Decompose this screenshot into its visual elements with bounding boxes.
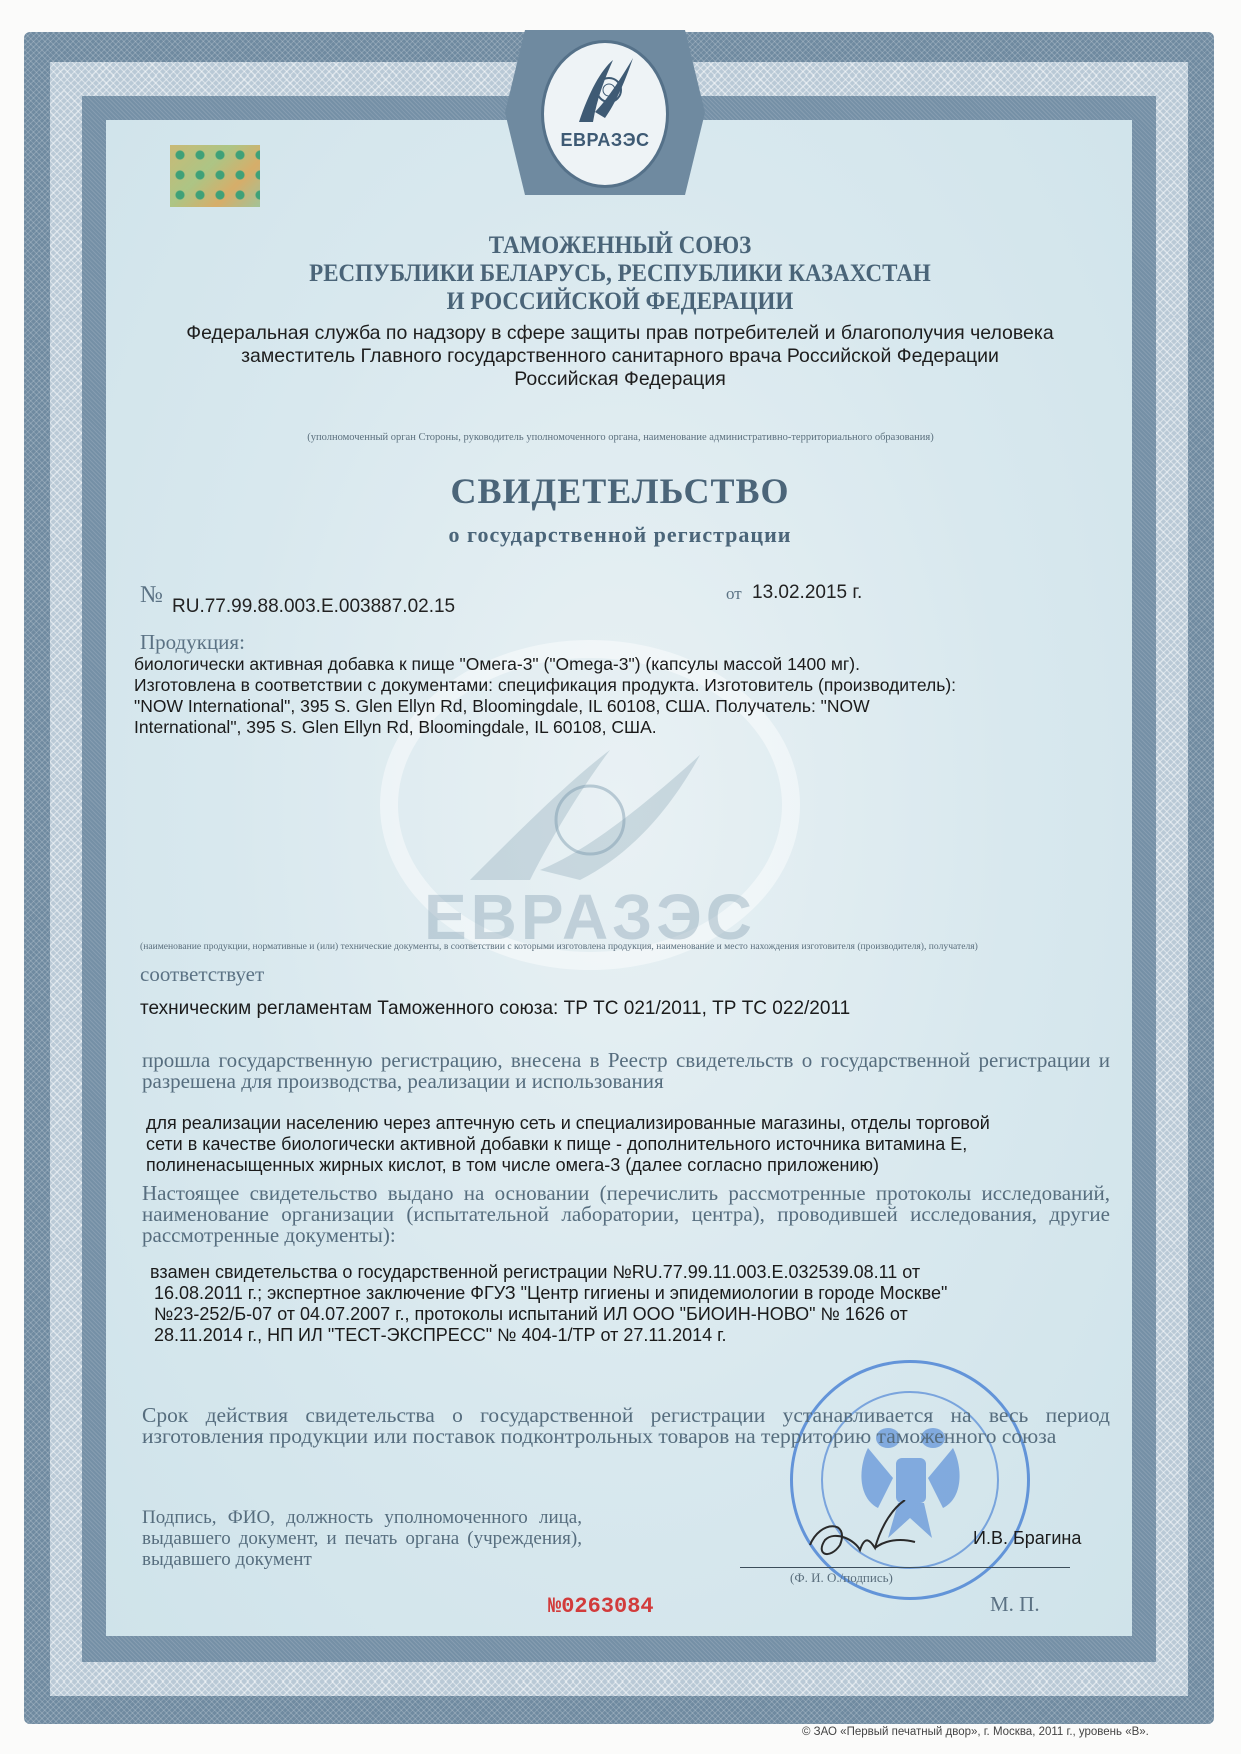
hologram-sticker — [170, 145, 260, 207]
authority-line-1: Федеральная служба по надзору в сфере за… — [125, 322, 1115, 345]
medallion-label: ЕВРАЗЭС — [505, 130, 705, 151]
usage-line: полиненасыщенных жирных кислот, в том чи… — [146, 1155, 1136, 1176]
header-line-1: ТАМОЖЕННЫЙ СОЮЗ — [169, 232, 1071, 260]
basis-line: взамен свидетельства о государственной р… — [150, 1262, 1130, 1283]
basis-line: 16.08.2011 г.; экспертное заключение ФГУ… — [150, 1283, 1130, 1304]
product-caption: (наименование продукции, нормативные и (… — [140, 941, 978, 952]
watermark-logo-icon — [460, 740, 710, 890]
authority-line-3: Российская Федерация — [125, 368, 1115, 391]
registration-number: RU.77.99.88.003.Е.003887.02.15 — [172, 596, 455, 618]
conformity-label: соответствует — [140, 962, 264, 987]
eurasec-logo-icon — [575, 52, 635, 132]
signature-line — [740, 1567, 1070, 1568]
usage-description: для реализации населению через аптечную … — [146, 1113, 1136, 1176]
document-subtitle: о государственной регистрации — [130, 522, 1110, 548]
validity-statement: Срок действия свидетельства о государств… — [142, 1405, 1110, 1447]
header-line-2: РЕСПУБЛИКИ БЕЛАРУСЬ, РЕСПУБЛИКИ КАЗАХСТА… — [169, 260, 1071, 288]
header-line-3: И РОССИЙСКОЙ ФЕДЕРАЦИИ — [169, 288, 1071, 316]
registration-statement: прошла государственную регистрацию, внес… — [142, 1050, 1110, 1092]
product-line: Изготовлена в соответствии с документами… — [134, 675, 1124, 696]
product-line: биологически активная добавка к пище "Ом… — [134, 654, 1124, 675]
document-title: СВИДЕТЕЛЬСТВО — [130, 470, 1110, 512]
product-description: биологически активная добавка к пище "Ом… — [134, 654, 1124, 738]
product-label: Продукция: — [140, 630, 245, 655]
form-number: №0263084 — [548, 1594, 654, 1619]
signature-caption: (Ф. И. О./подпись) — [790, 1570, 893, 1586]
signatory-name: И.В. Брагина — [973, 1528, 1081, 1549]
usage-line: для реализации населению через аптечную … — [146, 1113, 1136, 1134]
product-line: "NOW International", 395 S. Glen Ellyn R… — [134, 696, 1124, 717]
handwritten-signature-icon — [800, 1500, 930, 1570]
conformity-text: техническим регламентам Таможенного союз… — [140, 998, 850, 1019]
basis-line: №23-252/Б-07 от 04.07.2007 г., протоколы… — [150, 1304, 1130, 1325]
basis-documents: взамен свидетельства о государственной р… — [150, 1262, 1130, 1346]
product-line: International", 395 S. Glen Ellyn Rd, Bl… — [134, 717, 1124, 738]
basis-statement: Настоящее свидетельство выдано на основа… — [142, 1183, 1110, 1246]
seal-mark: М. П. — [990, 1592, 1040, 1617]
authority-line-2: заместитель Главного государственного са… — [125, 345, 1115, 368]
number-sign: № — [140, 582, 163, 609]
basis-line: 28.11.2014 г., НП ИЛ "ТЕСТ-ЭКСПРЕСС" № 4… — [150, 1325, 1130, 1346]
usage-line: сети в качестве биологически активной до… — [146, 1134, 1136, 1155]
authority-caption: (уполномоченный орган Стороны, руководит… — [0, 432, 1241, 443]
printer-copyright: © ЗАО «Первый печатный двор», г. Москва,… — [802, 1726, 1149, 1738]
signature-label: Подпись, ФИО, должность уполномоченного … — [142, 1507, 582, 1570]
eurasec-medallion: ЕВРАЗЭС — [505, 30, 705, 195]
registration-date: 13.02.2015 г. — [752, 582, 862, 604]
date-prefix: от — [726, 584, 742, 604]
